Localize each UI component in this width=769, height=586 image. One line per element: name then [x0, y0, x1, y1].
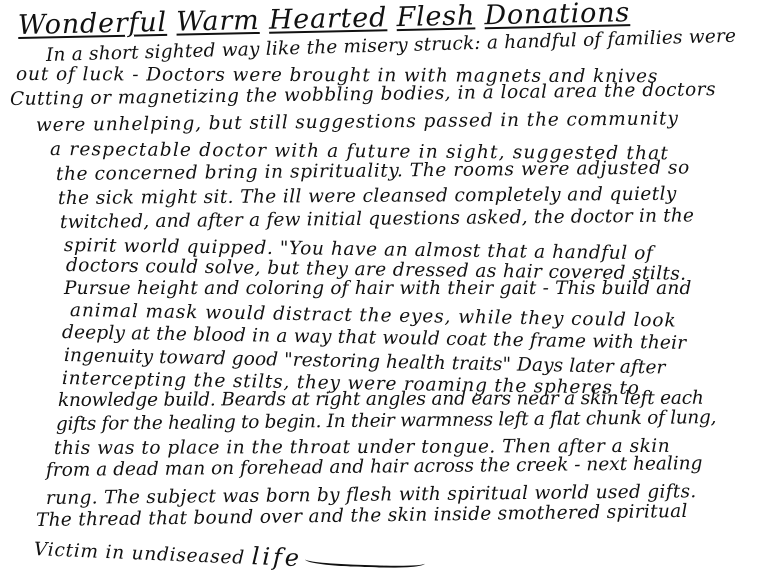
title-word-2: Warm: [176, 5, 260, 38]
title-word-4: Flesh: [396, 0, 475, 33]
closing-word: life: [251, 542, 303, 572]
text-line-8: twitched, and after a few initial questi…: [60, 205, 694, 233]
title-word-3: Hearted: [269, 2, 388, 35]
title-word-5: Donations: [484, 0, 630, 31]
text-line-4: were unhelping, but still suggestions pa…: [36, 108, 679, 136]
text-line-17: gifts for the healing to begin. In their…: [56, 407, 716, 435]
text-line-11: Pursue height and coloring of hair with …: [64, 278, 692, 299]
text-line-22: Victim in undiseased life: [33, 533, 302, 572]
handwritten-page: Wonderful Warm Hearted Flesh Donations I…: [0, 0, 769, 586]
closing-flourish: [305, 551, 425, 569]
text-line-6: the concerned bring in spirituality. The…: [56, 157, 690, 185]
title-word-1: Wonderful: [18, 7, 168, 41]
text-line-7: the sick might sit. The ill were cleanse…: [58, 184, 677, 209]
final-line-text: Victim in undiseased: [33, 539, 245, 569]
